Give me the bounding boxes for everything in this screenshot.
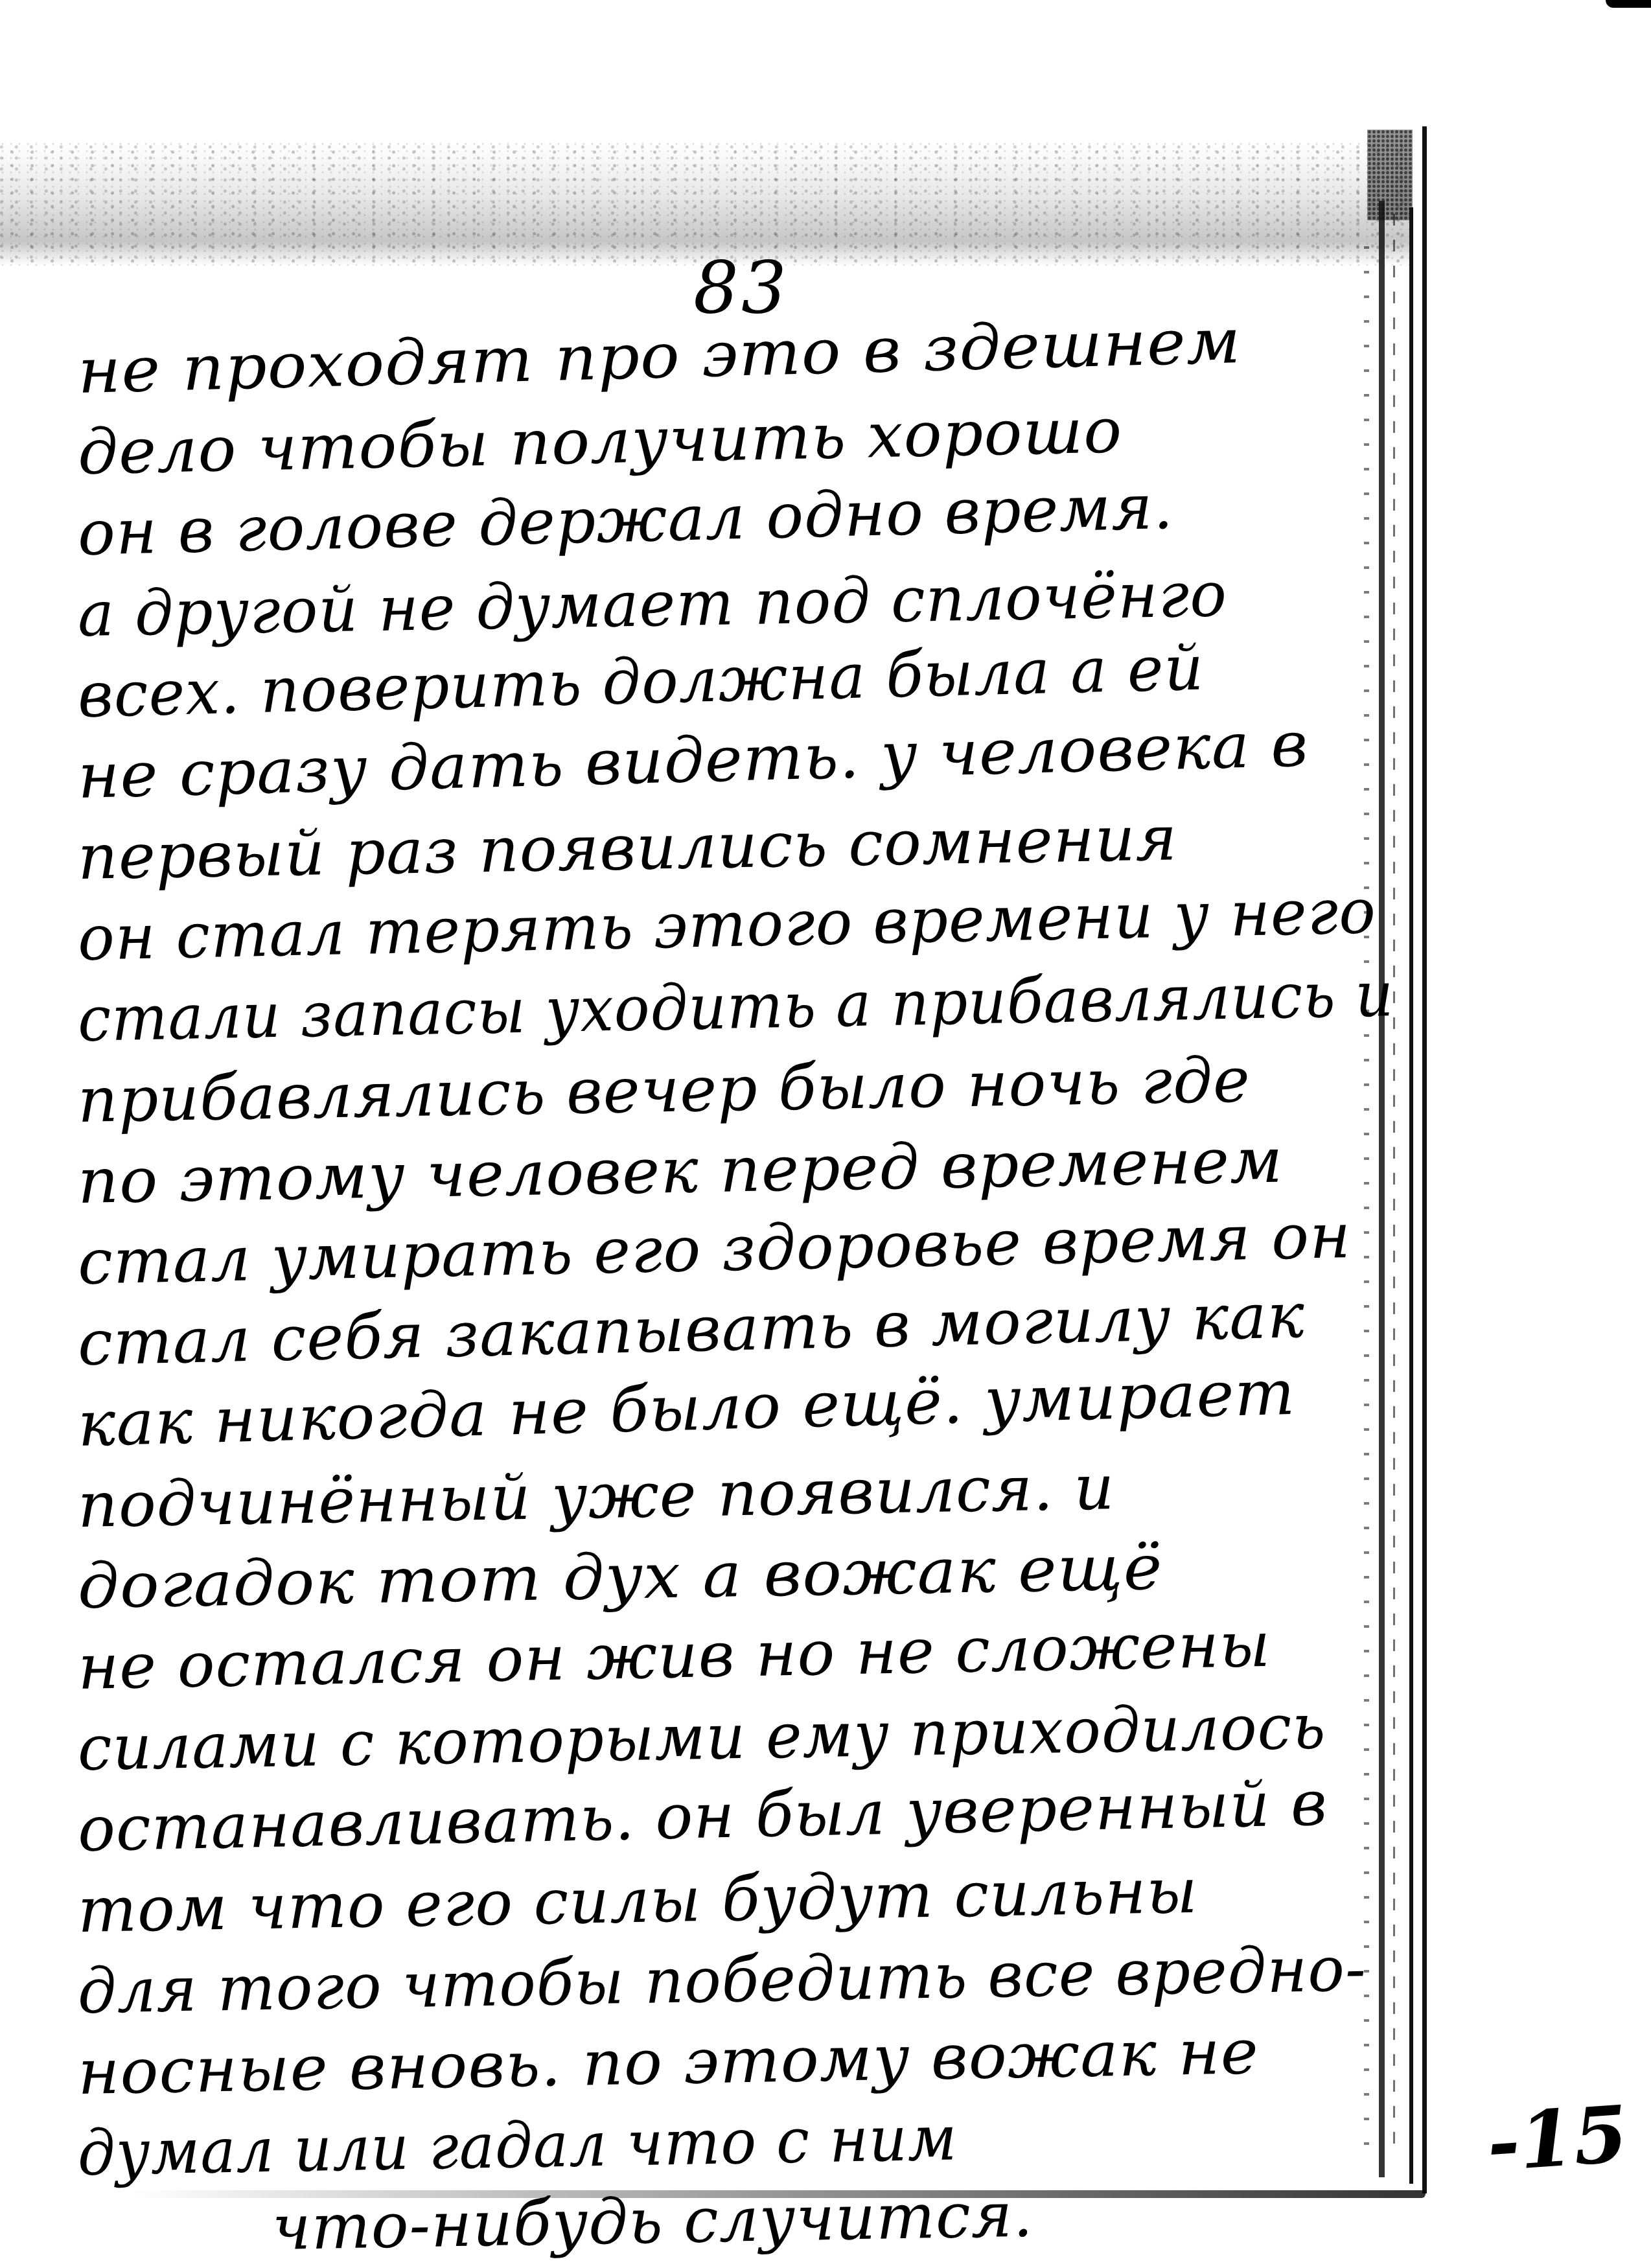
handwritten-line: прибавлялись вечер было ночь где: [77, 1048, 1251, 1131]
handwritten-line: останавливать. он был уверенный в: [77, 1772, 1328, 1860]
handwritten-line: стал умирать его здоровье время он: [77, 1205, 1352, 1293]
handwritten-line: он в голове держал одно время.: [77, 476, 1174, 564]
sheet-number: -15: [1484, 2089, 1630, 2190]
manuscript-page: 83 не проходят про это в здешнем дело чт…: [78, 246, 1361, 2203]
handwritten-line: первый раз появились сомнения: [77, 807, 1178, 888]
margin-dots: [1364, 246, 1369, 2158]
handwritten-line: не проходят про это в здешнем: [77, 310, 1242, 402]
scan-corner: [1606, 0, 1651, 8]
binding-line-dashed: [1393, 214, 1395, 2158]
handwritten-line: стали запасы уходить а прибавлялись и: [77, 963, 1394, 1050]
handwritten-line: а другой не думает под сплочёнго: [77, 563, 1227, 645]
handwritten-line: для того чтобы победить все вредно-: [77, 1938, 1367, 2022]
handwritten-line: догадок тот дух а вожак ещё: [77, 1536, 1163, 1617]
page-edge-line: [1422, 126, 1427, 2193]
handwritten-line: что-нибудь случится.: [271, 2184, 1033, 2259]
handwritten-line: думал или гадал что с ним: [77, 2107, 958, 2184]
binding-line: [1379, 201, 1385, 2177]
photocopy-noise-dark-patch: [1367, 130, 1413, 220]
handwritten-line: силами с которыми ему приходилось: [77, 1695, 1326, 1779]
handwritten-line: дело чтобы получить хорошо: [77, 399, 1123, 483]
binding-line: [1409, 207, 1413, 2184]
handwritten-line: он стал терять этого времени у него: [77, 880, 1377, 969]
handwritten-line: не остался он жив но не сложены: [77, 1614, 1271, 1698]
handwritten-line: не сразу дать видеть. у человека в: [77, 713, 1310, 807]
handwritten-line: всех. поверить должна была а ей: [77, 637, 1205, 726]
handwritten-line: подчинённый уже появился. и: [77, 1456, 1115, 1536]
handwritten-line: носные вновь. по этому вожак не: [77, 2020, 1259, 2103]
handwritten-line: по этому человек перед временем: [77, 1129, 1284, 1212]
handwritten-line: том что его силы будут сильны: [77, 1860, 1198, 1941]
